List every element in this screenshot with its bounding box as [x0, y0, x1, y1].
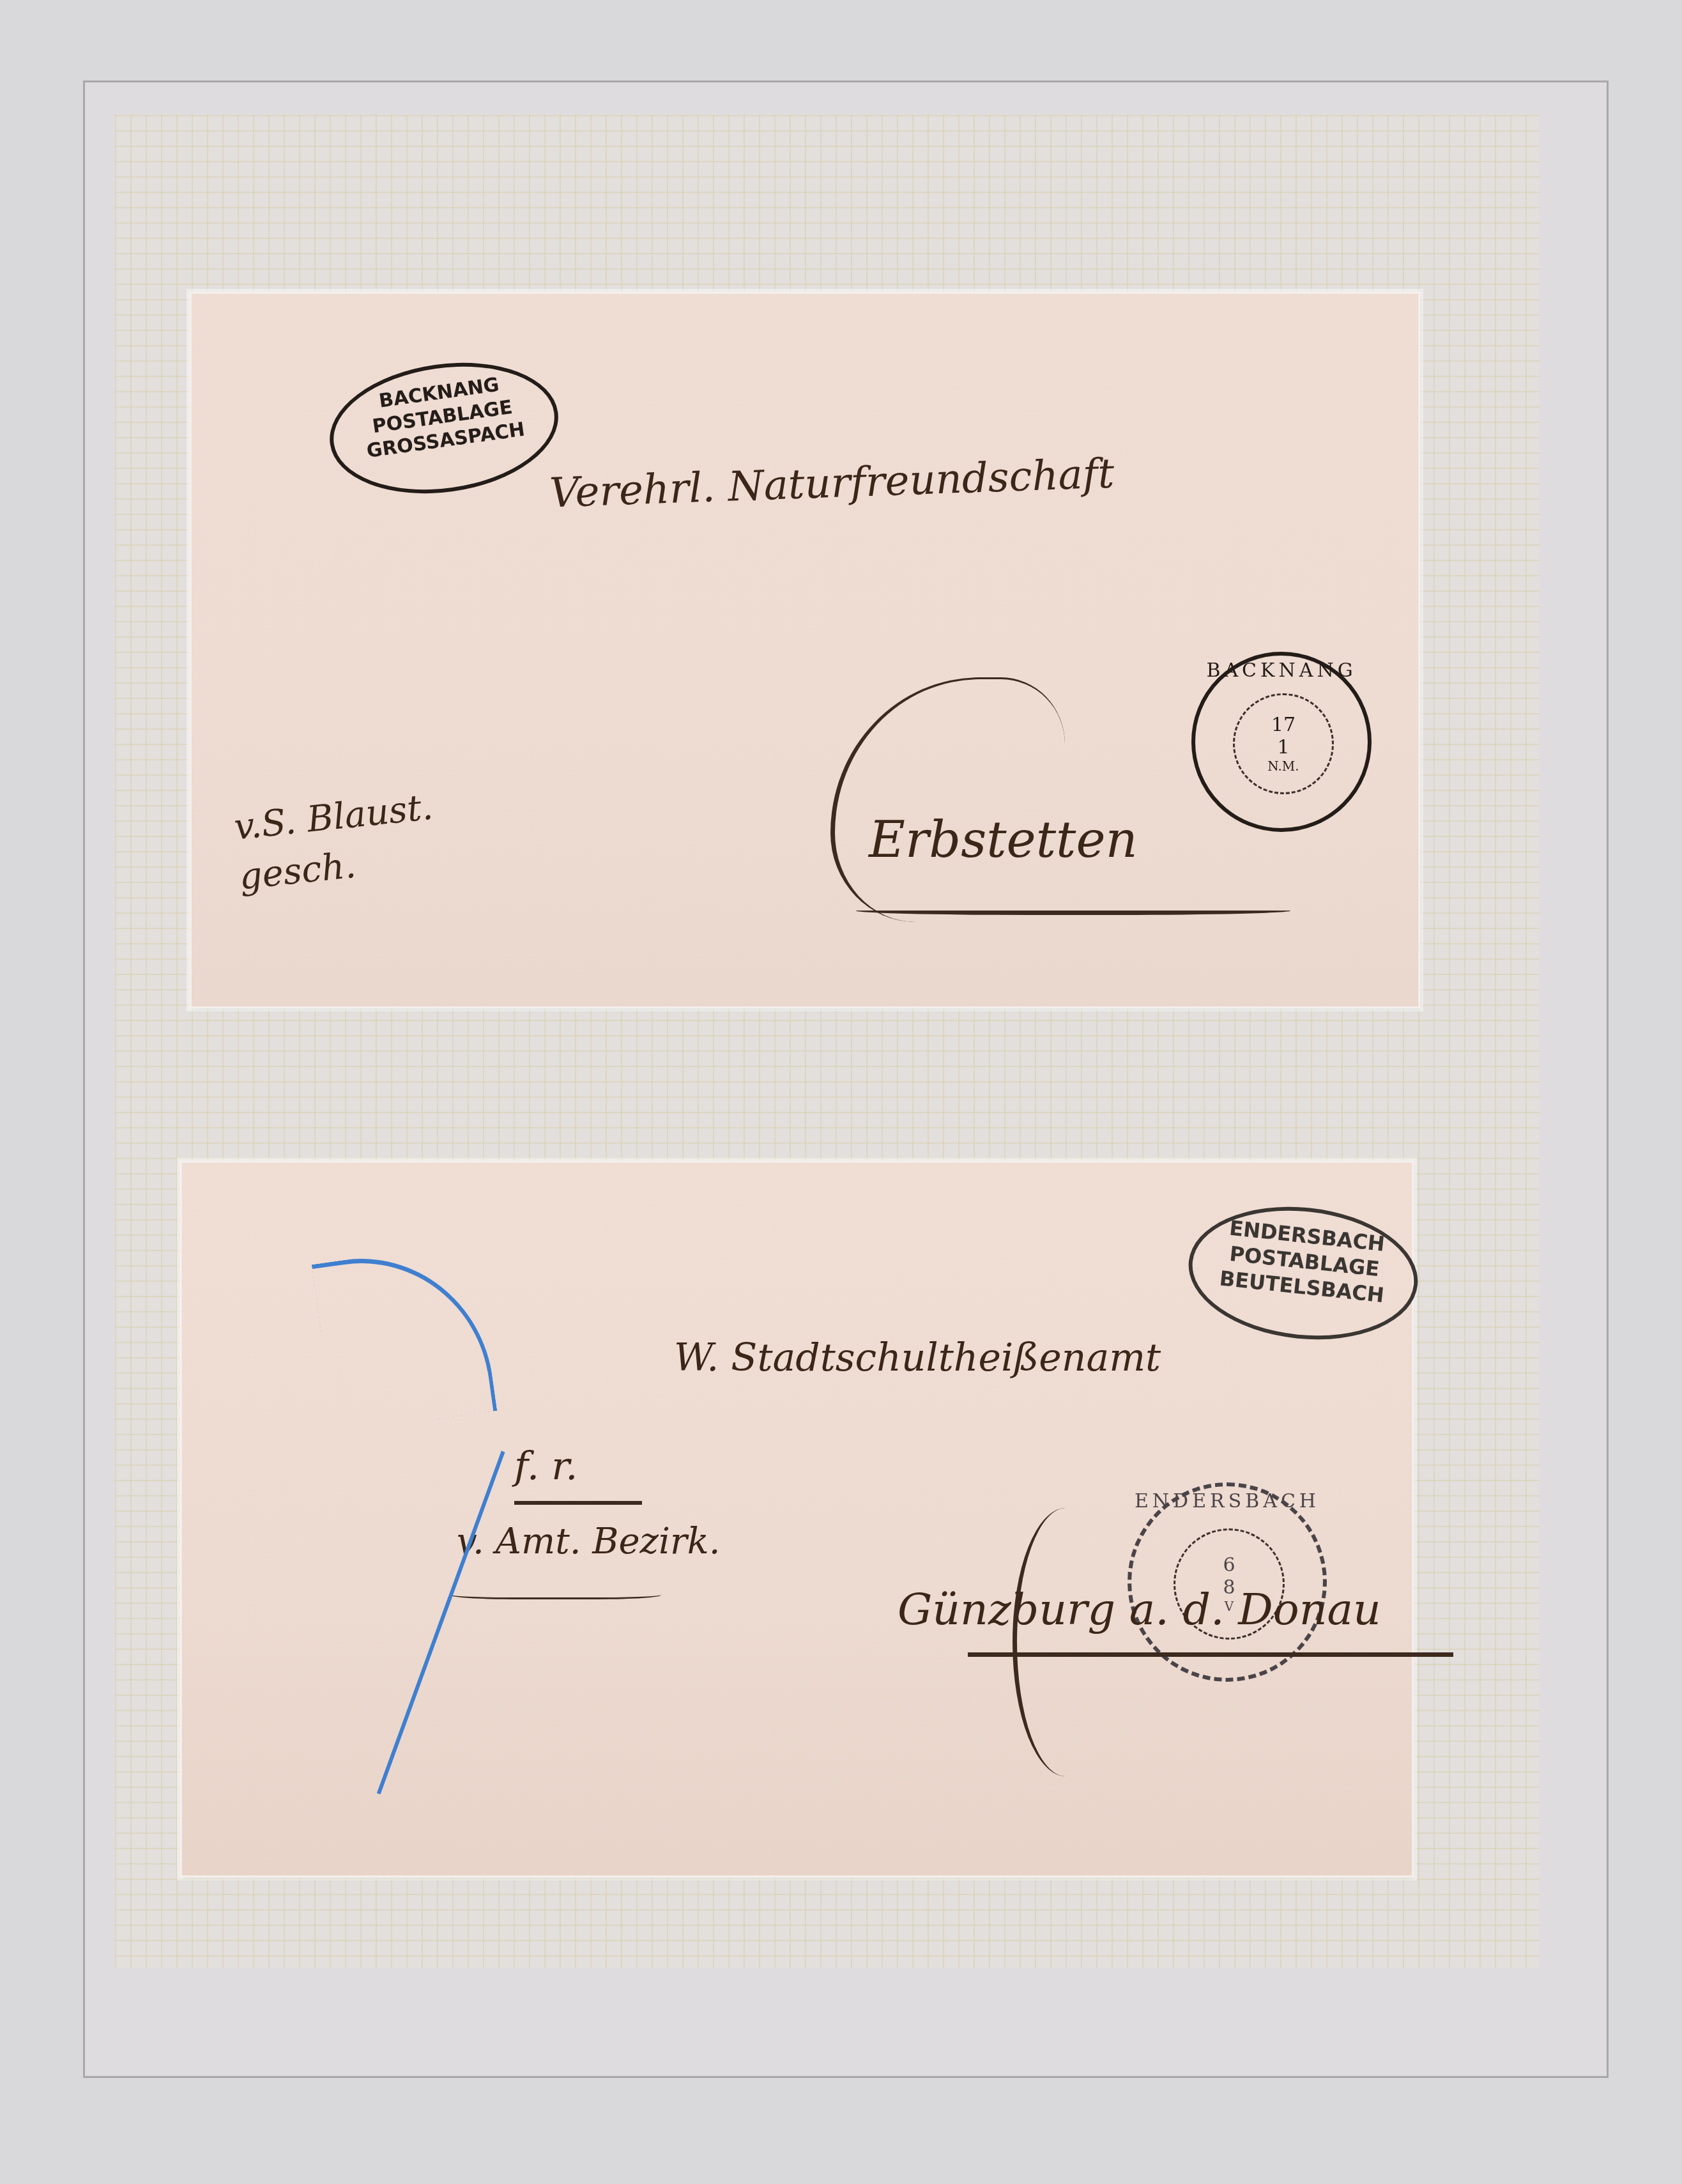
postmark-day: 17: [1271, 714, 1296, 736]
address-line: W. Stadtschultheißenamt: [674, 1335, 1161, 1380]
postmark-month: 1: [1277, 736, 1289, 758]
destination: Günzburg a. d. Donau: [898, 1585, 1381, 1635]
left-note-underline: [514, 1498, 642, 1505]
capital-e-flourish: [830, 677, 1065, 922]
cover-endersbach: ENDERSBACH POSTABLAGE BEUTELSBACH W. Sta…: [182, 1163, 1412, 1875]
postmark-date: 17 1 N.M.: [1233, 693, 1333, 794]
destination: Erbstetten: [869, 811, 1138, 869]
left-note: v.S. Blaust. gesch.: [232, 782, 446, 903]
postmark-day: 6: [1223, 1554, 1235, 1576]
oval-postmark-grossaspach: BACKNANG POSTABLAGE GROSSASPACH: [321, 349, 567, 507]
round-postmark-backnang: BACKNANG 17 1 N.M.: [1191, 652, 1372, 832]
address-line: Verehrl. Naturfreundschaft: [549, 450, 1115, 518]
postmark-time: N.M.: [1267, 758, 1299, 774]
destination-underline: [856, 904, 1290, 915]
left-note-2-underline: [450, 1585, 661, 1599]
capital-g-flourish: [1013, 1508, 1119, 1776]
blue-crayon-mark-top: [312, 1242, 498, 1433]
left-note-2: v. Amt. Bezirk.: [457, 1521, 720, 1562]
oval-postmark-beutelsbach: ENDERSBACH POSTABLAGE BEUTELSBACH: [1182, 1196, 1424, 1351]
left-note-1: f. r.: [514, 1444, 577, 1489]
postmark-town: ENDERSBACH: [1131, 1490, 1323, 1512]
postmark-town: BACKNANG: [1195, 659, 1368, 682]
cover-backnang: BACKNANG POSTABLAGE GROSSASPACH Verehrl.…: [192, 294, 1418, 1006]
